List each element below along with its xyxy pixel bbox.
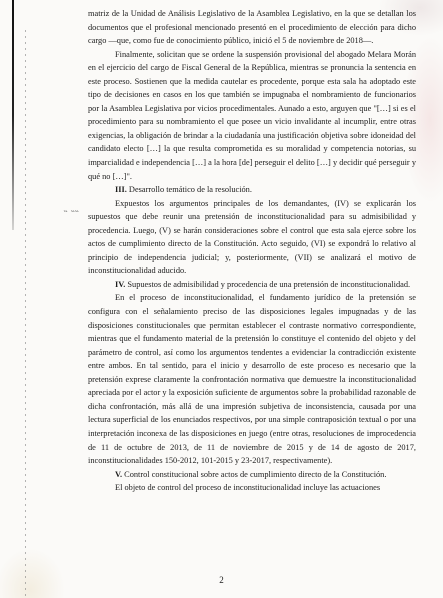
binding-edge-shadow [12, 0, 14, 230]
section-title: Desarrollo temático de la resolución. [127, 185, 252, 194]
margin-marks: ˵ ˵˵ [64, 205, 79, 215]
section-heading-v: V. Control constitucional sobre actos de… [88, 468, 416, 482]
paragraph-admissibility: En el proceso de inconstitucionalidad, e… [88, 291, 416, 467]
section-heading-iv: IV. Supuestos de admisibilidad y procede… [88, 278, 416, 292]
document-body: matriz de la Unidad de Análisis Legislat… [88, 7, 416, 495]
section-title: Supuestos de admisibilidad y procedencia… [125, 280, 410, 289]
paragraph-outline: Expuestos los argumentos principales de … [88, 197, 416, 278]
paragraph-suspension-request: Finalmente, solicitan que se ordene la s… [88, 48, 416, 183]
section-numeral: V. [115, 470, 122, 479]
section-title: Control constitucional sobre actos de cu… [122, 470, 386, 479]
section-heading-iii: III. Desarrollo temático de la resolució… [88, 183, 416, 197]
paragraph-continuation: matriz de la Unidad de Análisis Legislat… [88, 7, 416, 48]
paragraph-control-object: El objeto de control del proceso de inco… [88, 481, 416, 495]
section-numeral: IV. [115, 280, 125, 289]
section-numeral: III. [115, 185, 127, 194]
perforation-dots [25, 30, 26, 598]
page-number: 2 [0, 575, 443, 585]
